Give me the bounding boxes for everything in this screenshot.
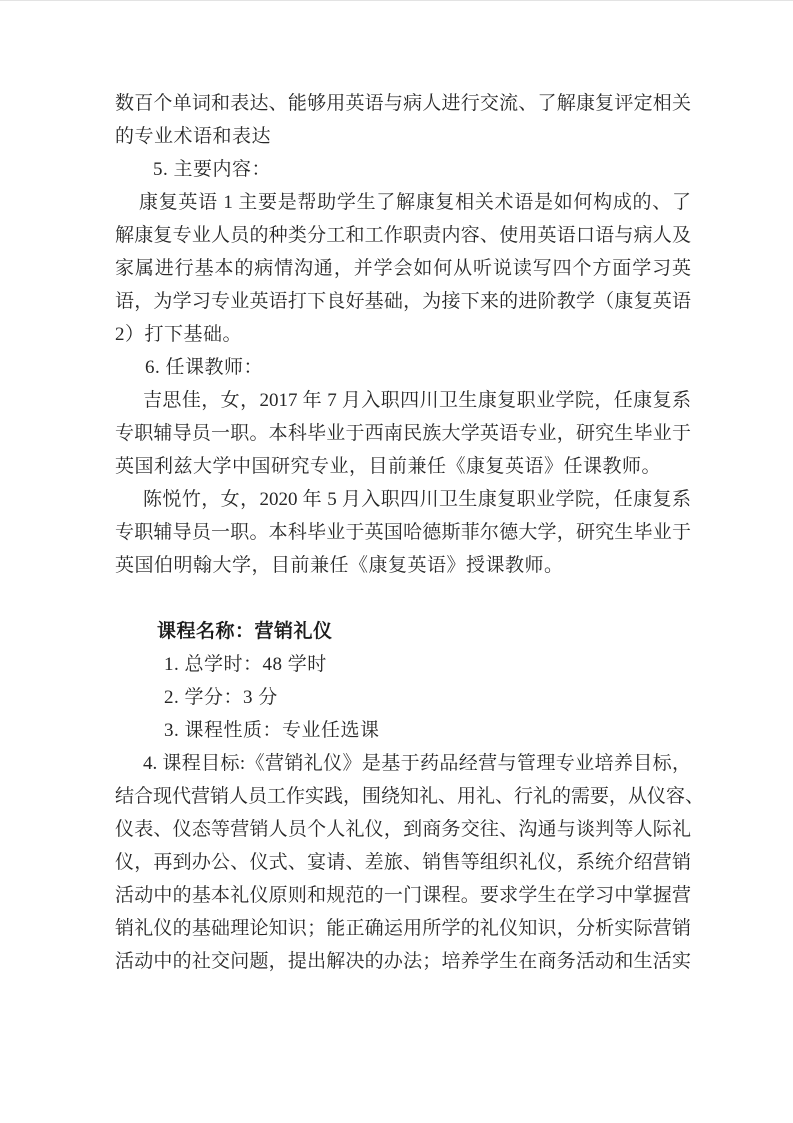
doc-line: 仪表、仪态等营销人员个人礼仪，到商务交往、沟通与谈判等人际礼	[115, 813, 691, 846]
doc-line: 数百个单词和表达、能够用英语与病人进行交流、了解康复评定相关	[115, 87, 691, 120]
course-title-heading: 课程名称：营销礼仪	[115, 615, 691, 648]
doc-line: 2）打下基础。	[115, 318, 691, 351]
doc-line-item-4: 4. 课程目标:《营销礼仪》是基于药品经营与管理专业培养目标，	[115, 747, 691, 780]
doc-line: 专职辅导员一职。本科毕业于西南民族大学英语专业，研究生毕业于	[115, 417, 691, 450]
doc-line: 陈悦竹，女，2020 年 5 月入职四川卫生康复职业学院，任康复系	[115, 483, 691, 516]
document-text-block: 数百个单词和表达、能够用英语与病人进行交流、了解康复评定相关 的专业术语和表达 …	[115, 87, 691, 978]
doc-line: 英国伯明翰大学，目前兼任《康复英语》授课教师。	[115, 549, 691, 582]
doc-line: 仪，再到办公、仪式、宴请、差旅、销售等组织礼仪，系统介绍营销	[115, 846, 691, 879]
doc-line-item-5: 5. 主要内容：	[115, 153, 691, 186]
blank-line	[115, 582, 691, 615]
doc-line: 吉思佳，女，2017 年 7 月入职四川卫生康复职业学院，任康复系	[115, 384, 691, 417]
doc-line: 语，为学习专业英语打下良好基础，为接下来的进阶教学（康复英语	[115, 285, 691, 318]
doc-line: 结合现代营销人员工作实践，围绕知礼、用礼、行礼的需要，从仪容、	[115, 780, 691, 813]
document-page: 数百个单词和表达、能够用英语与病人进行交流、了解康复评定相关 的专业术语和表达 …	[0, 0, 793, 1123]
doc-line-item-6: 6. 任课教师：	[115, 351, 691, 384]
doc-line-item-2: 2. 学分：3 分	[115, 681, 691, 714]
doc-line: 康复英语 1 主要是帮助学生了解康复相关术语是如何构成的、了	[115, 186, 691, 219]
doc-line: 销礼仪的基础理论知识；能正确运用所学的礼仪知识，分析实际营销	[115, 912, 691, 945]
doc-line-item-3: 3. 课程性质：专业任选课	[115, 714, 691, 747]
doc-line: 英国利兹大学中国研究专业，目前兼任《康复英语》任课教师。	[115, 450, 691, 483]
doc-line: 的专业术语和表达	[115, 120, 691, 153]
doc-line: 活动中的基本礼仪原则和规范的一门课程。要求学生在学习中掌握营	[115, 879, 691, 912]
doc-line-item-1: 1. 总学时：48 学时	[115, 648, 691, 681]
doc-line: 专职辅导员一职。本科毕业于英国哈德斯菲尔德大学，研究生毕业于	[115, 516, 691, 549]
doc-line: 活动中的社交问题，提出解决的办法；培养学生在商务活动和生活实	[115, 945, 691, 978]
doc-line: 解康复专业人员的种类分工和工作职责内容、使用英语口语与病人及	[115, 219, 691, 252]
doc-line: 家属进行基本的病情沟通，并学会如何从听说读写四个方面学习英	[115, 252, 691, 285]
